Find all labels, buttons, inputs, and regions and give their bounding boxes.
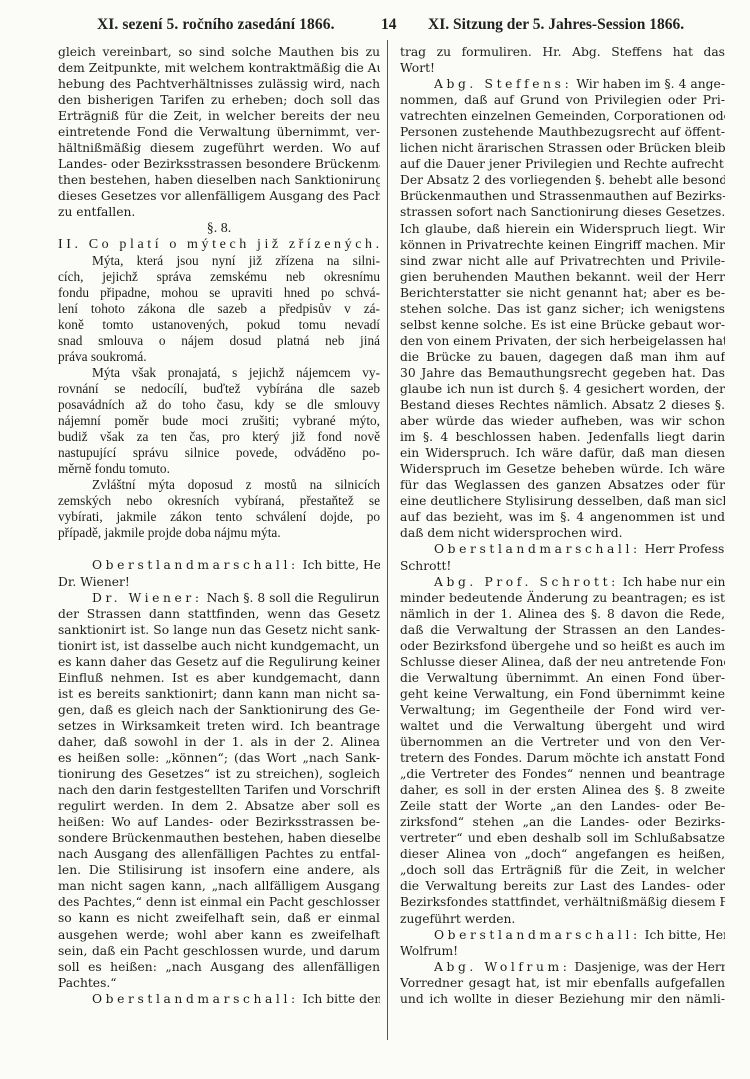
speech-line: sein, daß ein Pacht geschlossen wurde, u… (58, 943, 380, 959)
speech-line: nach den darin festgestellten Tarifen un… (58, 782, 380, 798)
speech-line: zugeführt werden. (400, 911, 725, 927)
speaker-name: Abg. Wolfrum: (434, 960, 571, 974)
speech-line: die Brücke zu bauen, dagegen daß man ihm… (400, 349, 725, 365)
speech-line: daher, es soll in der ersten Alinea des … (400, 782, 725, 798)
german-text-line: hebung des Pachtverhältnisses zulässig w… (58, 76, 380, 92)
speech-line: Bezirksfondes stattfindet, verhältnißmäß… (400, 894, 725, 910)
speech-line: tionirt ist, ist dasselbe auch nicht kun… (58, 638, 380, 654)
speech-line: len. Die Stilisirung ist insofern eine a… (58, 862, 380, 878)
speech-line: Abg. Wolfrum: Dasjenige, was der Herr (400, 959, 725, 975)
czech-text-line: měrně fondu tomuto. (58, 461, 380, 477)
speaker-name: Abg. Steffens: (434, 77, 572, 91)
speaker-name: Oberstlandmarschall: (434, 928, 641, 942)
speech-line: die Verwaltung übernimmt. An einen Fond … (400, 670, 725, 686)
speech-line: Zeile statt der Worte „an den Landes- od… (400, 798, 725, 814)
speech-line: Personen zustehende Mauthbezugsrecht auf… (400, 124, 725, 140)
page-header: XI. sezení 5. ročního zasedání 1866. 14 … (0, 14, 750, 36)
speech-line: Der Absatz 2 des vorliegenden §. behebt … (400, 172, 725, 188)
speech-line: Einfluß nehmen. Ist es aber kundgemacht,… (58, 670, 380, 686)
speaker-name: Oberstlandmarschall: (434, 542, 641, 556)
speaker-line: Oberstlandmarschall: Ich bitte den An- (58, 991, 380, 1007)
speech-line: oder Bezirksfond übergehe und so heißt e… (400, 638, 725, 654)
right-column: trag zu formuliren. Hr. Abg. Steffens ha… (400, 44, 725, 1007)
german-text-line: then bestehen, haben dieselben nach Sank… (58, 172, 380, 188)
left-column: gleich vereinbart, so sind solche Mauthe… (58, 44, 380, 1007)
speech-line: lichen nicht ärarischen Strassen oder Br… (400, 140, 725, 156)
speech-line: gen, daß es gleich nach der Sanktionirun… (58, 702, 380, 718)
speech-line: aber würde das wieder aufheben, was wir … (400, 413, 725, 429)
page-number: 14 (381, 16, 397, 34)
speech-line: stehen solche. Das ist ganz sicher; ich … (400, 301, 725, 317)
german-text-line: Landes- oder Bezirksstrassen besondere B… (58, 156, 380, 172)
german-text-line: Erträgniß für die Zeit, in welcher berei… (58, 108, 380, 124)
section-title: II. Co platí o mýtech již zřízených. (58, 237, 380, 253)
speech-line: übernommen an die Vertreter und von den … (400, 734, 725, 750)
header-czech-title: XI. sezení 5. ročního zasedání 1866. (97, 16, 335, 34)
speech-line: daher, daß sowohl in der 1. als in der 2… (58, 734, 380, 750)
czech-text-line: nájemní poměr bude moci zrušiti; vybrané… (58, 413, 380, 429)
czech-text-line: Mýta však pronajatá, s jejichž nájemcem … (58, 365, 380, 381)
speech-line: vatrechten einzelnen Gemeinden, Corporat… (400, 108, 725, 124)
speech-line: strassen sofort nach Sanctionirung diese… (400, 204, 725, 220)
speech-line: ausgehen werde; wohl aber kann es zweife… (58, 927, 380, 943)
czech-text-line: Zvláštní mýta doposud z mostů na silnicí… (58, 477, 380, 493)
speech-line: Brückenmauthen und Strassenmauthen auf B… (400, 188, 725, 204)
czech-text-line: zemských nebo okresních vybíraná, přesta… (58, 493, 380, 509)
speech-line: sanktionirt ist. So lange nun das Gesetz… (58, 622, 380, 638)
speech-line: den von einem Privaten, der sich herbeig… (400, 333, 725, 349)
german-text-line: gleich vereinbart, so sind solche Mauthe… (58, 44, 380, 60)
speech-line: die Verwaltung bereits zur Last des Land… (400, 878, 725, 894)
czech-text-line: rovnání se nedocílí, buďtež vybírána dle… (58, 381, 380, 397)
speech-line: sondere Brückenmauthen bestehen, haben d… (58, 830, 380, 846)
speaker-line: Oberstlandmarschall: Ich bitte, Herr (400, 927, 725, 943)
speech-line: Widerspruch im Gesetze beheben würde. Ic… (400, 461, 725, 477)
czech-text-line: vybírati, jakmile zákon tento schválení … (58, 509, 380, 525)
speech-line: regulirt werden. In dem 2. Absatze aber … (58, 798, 380, 814)
speech-line: Schlusse dieser Alinea, daß der neu antr… (400, 654, 725, 670)
speaker-name: Oberstlandmarschall: (92, 992, 299, 1006)
speaker-line: Dr. Wiener! (58, 574, 380, 590)
speech-line: Bestand dieses Rechtes nämlich. Absatz 2… (400, 397, 725, 413)
speech-line: selbst kenne solche. Es ist eine Brücke … (400, 317, 725, 333)
speaker-name: Abg. Prof. Schrott: (434, 575, 619, 589)
czech-text-line: cích, jejichž správa zemskému neb okresn… (58, 269, 380, 285)
speech-line: für das Weglassen des ganzen Absatzes od… (400, 477, 725, 493)
speech-line: es kann daher das Gesetz auf die Regulir… (58, 654, 380, 670)
column-divider (387, 40, 388, 1040)
speech-line: setzes in Wirksamkeit treten wird. Ich b… (58, 718, 380, 734)
speech-line: es heißen solle: „können“; (das Wort „na… (58, 750, 380, 766)
czech-text-line: koně tomto ustanovených, pokud tomu neva… (58, 317, 380, 333)
speech-line: Wort! (400, 60, 725, 76)
czech-text-line: Mýta, která jsou nyní již zřízena na sil… (58, 253, 380, 269)
speech-line: daß dem nicht widersprochen wird. (400, 525, 725, 541)
speech-line: waltet und die Verwaltung übergeht und w… (400, 718, 725, 734)
german-text-line: hältnißmäßig diesem zugeführt werden. Wo… (58, 140, 380, 156)
speech-line: geht keine Verwaltung, ein Fond übernimm… (400, 686, 725, 702)
speech-line: im §. 4 beschlossen haben. Jedenfalls li… (400, 429, 725, 445)
german-text-line: eintretende Fond die Verwaltung übernimm… (58, 124, 380, 140)
czech-text-line: fondu připadne, mohou se upraviti hned p… (58, 285, 380, 301)
speech-line: Pachtes.“ (58, 975, 380, 991)
speech-line: Abg. Steffens: Wir haben im §. 4 ange- (400, 76, 725, 92)
speech-line: Berichterstatter sie nicht genannt hat; … (400, 285, 725, 301)
speech-line: nommen, daß auf Grund von Privilegien od… (400, 92, 725, 108)
speech-line: heißen: Wo auf Landes- oder Bezirksstras… (58, 814, 380, 830)
speech-line: ein Widerspruch. Ich wäre dafür, daß man… (400, 445, 725, 461)
speech-line: Dr. Wiener: Nach §. 8 soll die Regulirun… (58, 590, 380, 606)
german-text-line: den bisherigen Tarifen zu erheben; doch … (58, 92, 380, 108)
speaker-name: Dr. Wiener: (92, 591, 203, 605)
speech-line: tionirung des Gesetzes“ ist zu streichen… (58, 766, 380, 782)
german-text-line: dem Zeitpunkte, mit welchem kontraktmäßi… (58, 60, 380, 76)
speech-line: tretern des Fondes. Darum möchte ich ans… (400, 750, 725, 766)
speech-line: eine deutlichere Stylisirung desselben, … (400, 493, 725, 509)
speaker-name: Oberstlandmarschall: (92, 558, 299, 572)
speech-line: zirksfond“ stehen „an die Landes- oder B… (400, 814, 725, 830)
speech-line: gien beruhenden Mauthen bekannt. weil de… (400, 269, 725, 285)
speech-line: vertreter“ und eben deshalb soll im Schl… (400, 830, 725, 846)
speech-line: „die Vertreter des Fondes“ nennen und be… (400, 766, 725, 782)
speech-line: daß die Verwaltung der Strassen an den L… (400, 622, 725, 638)
czech-text-line: případě, jakmile projde doba nájmu mýta. (58, 525, 380, 541)
speaker-line: Wolfrum! (400, 943, 725, 959)
section-number: §. 8. (58, 221, 380, 237)
speech-line: Abg. Prof. Schrott: Ich habe nur eine (400, 574, 725, 590)
speech-line: „doch soll das Erträgniß für die Zeit, i… (400, 862, 725, 878)
speech-line: Ich glaube, daß hierein ein Widerspruch … (400, 221, 725, 237)
speech-line: 30 Jahre das Bemauthungsrecht gegeben ha… (400, 365, 725, 381)
speech-line: trag zu formuliren. Hr. Abg. Steffens ha… (400, 44, 725, 60)
speech-line: und ich wollte in dieser Beziehung mir d… (400, 991, 725, 1007)
header-german-title: XI. Sitzung der 5. Jahres-Session 1866. (428, 16, 684, 34)
speaker-line: Schrott! (400, 558, 725, 574)
speech-line: auf die Dauer jener Privilegien und Rech… (400, 156, 725, 172)
speech-line: können in Privatrechte keinen Eingriff m… (400, 237, 725, 253)
czech-text-line: lení tohoto zákona dle sazeb a předpisův… (58, 301, 380, 317)
speech-line: Vorredner gesagt hat, ist mir ebenfalls … (400, 975, 725, 991)
speech-line: soll es heißen: „nach Ausgang des allenf… (58, 959, 380, 975)
czech-text-line: snad smlouva o nájem dosud platná neb ji… (58, 333, 380, 349)
czech-text-line: posavádních až do toho času, kdy se dle … (58, 397, 380, 413)
german-text-line: zu entfallen. (58, 204, 380, 220)
speaker-line: Oberstlandmarschall: Ich bitte, Herr (58, 557, 380, 573)
speech-line: des Pachtes,“ denn ist einmal ein Pacht … (58, 894, 380, 910)
speech-line: so kann es nicht zweifelhaft sein, daß e… (58, 910, 380, 926)
speech-line: sind zwar nicht alle auf Privatrechten u… (400, 253, 725, 269)
czech-text-line: nastupující správu silnice povede, odvád… (58, 445, 380, 461)
speaker-line: Oberstlandmarschall: Herr Professor (400, 541, 725, 557)
speech-line: nämlich in der 1. Alinea des §. 8 davon … (400, 606, 725, 622)
speech-line: auf das bezieht, was im §. 4 angenommen … (400, 509, 725, 525)
german-text-line: dieses Gesetzes vor allenfälligem Ausgan… (58, 188, 380, 204)
speech-line: minder bedeutende Änderung zu beantragen… (400, 590, 725, 606)
speech-line: Verwaltung; im Gegentheile der Fond wird… (400, 702, 725, 718)
speech-line: ist es bereits sanktionirt; dann kann ma… (58, 686, 380, 702)
spacer (58, 541, 380, 557)
speech-line: man nicht sagen kann, „nach allfälligem … (58, 878, 380, 894)
czech-text-line: práva soukromá. (58, 349, 380, 365)
speech-line: nach Ausgang des allenfälligen Pachtes z… (58, 846, 380, 862)
czech-text-line: budiž však za ten čas, pro který již fon… (58, 429, 380, 445)
speech-line: der Strassen dann stattfinden, wenn das … (58, 606, 380, 622)
speech-line: glaube ich nun ist durch §. 4 gesichert … (400, 381, 725, 397)
speech-line: dieser Alinea von „doch“ angefangen es h… (400, 846, 725, 862)
